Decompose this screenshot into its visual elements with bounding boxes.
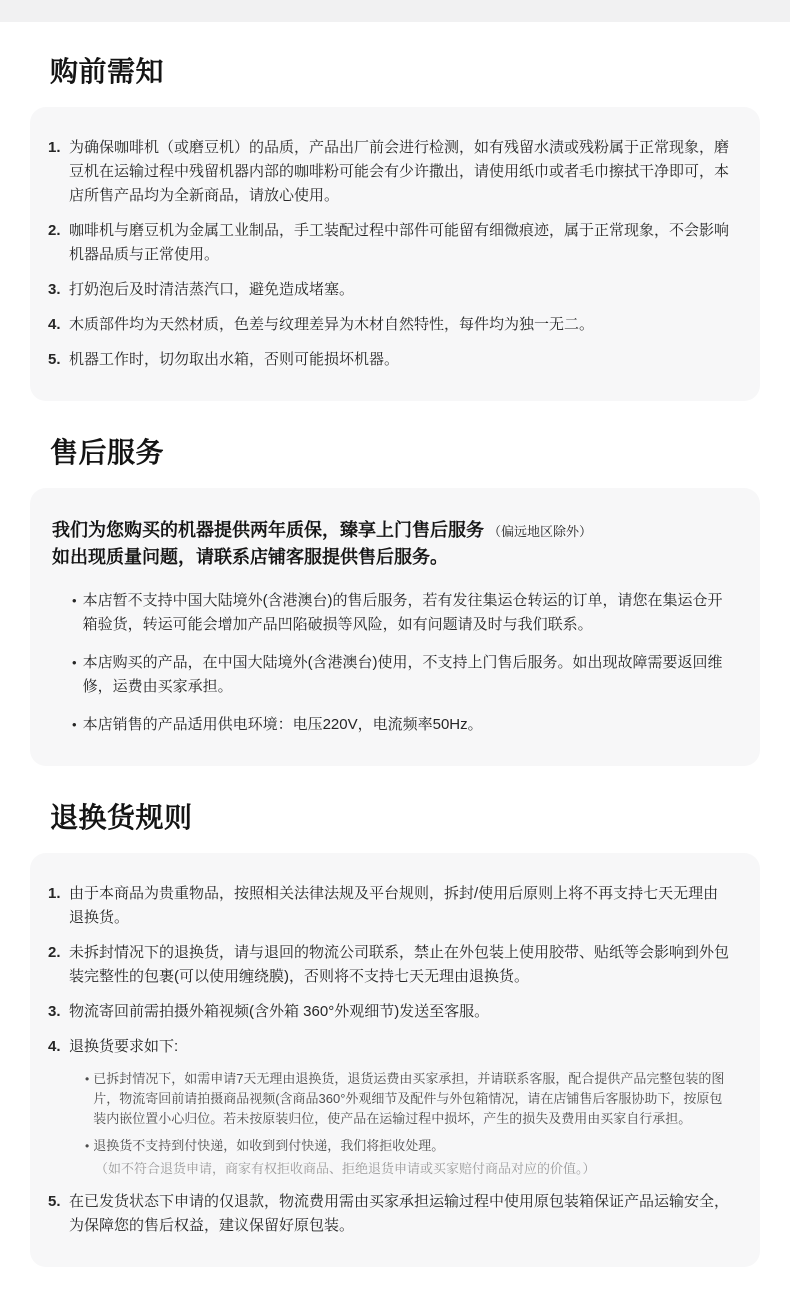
product-policy-page: 购前需知 1. 为确保咖啡机（或磨豆机）的品质，产品出厂前会进行检测，如有残留水… [0, 0, 790, 1307]
item-text: 退换货要求如下: [69, 1035, 178, 1059]
return-requirements-list: • 已拆封情况下，如需申请7天无理由退换货，退货运费由买家承担，并请联系客服，配… [85, 1069, 730, 1179]
item-number: 2. [48, 219, 65, 243]
item-text: 机器工作时，切勿取出水箱，否则可能损坏机器。 [69, 348, 399, 372]
item-text: 为确保咖啡机（或磨豆机）的品质，产品出厂前会进行检测，如有残留水渍或残粉属于正常… [69, 136, 730, 208]
section-prepurchase-notice: 购前需知 1. 为确保咖啡机（或磨豆机）的品质，产品出厂前会进行检测，如有残留水… [30, 56, 760, 401]
bullet-icon: • [72, 713, 77, 737]
return-rule-item: 3. 物流寄回前需拍摄外箱视频(含外箱 360°外观细节)发送至客服。 [48, 1000, 730, 1024]
bullet-item: • 本店暂不支持中国大陆境外(含港澳台)的售后服务，若有发往集运仓转运的订单，请… [72, 589, 730, 637]
item-number: 4. [48, 1035, 65, 1059]
item-text: 打奶泡后及时清洁蒸汽口，避免造成堵塞。 [69, 278, 354, 302]
return-rule-item: 4. 退换货要求如下: [48, 1035, 730, 1059]
bullet-text: 本店销售的产品适用供电环境：电压220V，电流频率50Hz。 [83, 713, 483, 737]
aftersales-title: 售后服务 [50, 437, 760, 469]
item-text: 木质部件均为天然材质，色差与纹理差异为木材自然特性，每件均为独一无二。 [69, 313, 594, 337]
notice-item: 2. 咖啡机与磨豆机为金属工业制品，手工装配过程中部件可能留有细微痕迹，属于正常… [48, 219, 730, 267]
warranty-note: （偏远地区除外） [488, 524, 592, 539]
bullet-text: 本店购买的产品，在中国大陆境外(含港澳台)使用，不支持上门售后服务。如出现故障需… [83, 651, 730, 699]
item-text: 未拆封情况下的退换货，请与退回的物流公司联系，禁止在外包装上使用胶带、贴纸等会影… [69, 941, 730, 989]
aftersales-bullet-list: • 本店暂不支持中国大陆境外(含港澳台)的售后服务，若有发往集运仓转运的订单，请… [72, 589, 730, 737]
sub-bullet-text: 已拆封情况下，如需申请7天无理由退换货，退货运费由买家承担，并请联系客服，配合提… [93, 1069, 730, 1129]
bullet-item: • 本店销售的产品适用供电环境：电压220V，电流频率50Hz。 [72, 713, 730, 737]
prepurchase-title: 购前需知 [50, 56, 760, 88]
notice-item: 1. 为确保咖啡机（或磨豆机）的品质，产品出厂前会进行检测，如有残留水渍或残粉属… [48, 136, 730, 208]
item-text: 在已发货状态下申请的仅退款，物流费用需由买家承担运输过程中使用原包装箱保证产品运… [69, 1190, 730, 1238]
aftersales-card: 我们为您购买的机器提供两年质保，臻享上门售后服务（偏远地区除外） 如出现质量问题… [30, 488, 760, 766]
bullet-text: 本店暂不支持中国大陆境外(含港澳台)的售后服务，若有发往集运仓转运的订单，请您在… [83, 589, 730, 637]
warranty-text: 我们为您购买的机器提供两年质保，臻享上门售后服务 [52, 520, 484, 540]
returns-title: 退换货规则 [50, 802, 760, 834]
sub-bullet-item: • 已拆封情况下，如需申请7天无理由退换货，退货运费由买家承担，并请联系客服，配… [85, 1069, 730, 1129]
page-content: 购前需知 1. 为确保咖啡机（或磨豆机）的品质，产品出厂前会进行检测，如有残留水… [0, 56, 790, 1307]
item-number: 2. [48, 941, 65, 965]
warranty-lead-line1: 我们为您购买的机器提供两年质保，臻享上门售后服务（偏远地区除外） [52, 517, 730, 544]
bullet-icon: • [85, 1136, 89, 1156]
return-rule-item-with-subs: 4. 退换货要求如下: • 已拆封情况下，如需申请7天无理由退换货，退货运费由买… [48, 1035, 730, 1179]
sub-bullet-text: 退换货不支持到付快递，如收到到付快递，我们将拒收处理。 [93, 1136, 444, 1156]
bullet-icon: • [72, 589, 77, 613]
sub-bullet-item: • 退换货不支持到付快递，如收到到付快递，我们将拒收处理。 [85, 1136, 730, 1156]
item-number: 3. [48, 1000, 65, 1024]
bullet-item: • 本店购买的产品，在中国大陆境外(含港澳台)使用，不支持上门售后服务。如出现故… [72, 651, 730, 699]
notice-item: 5. 机器工作时，切勿取出水箱，否则可能损坏机器。 [48, 348, 730, 372]
top-divider-strip [0, 0, 790, 22]
item-number: 5. [48, 348, 65, 372]
prepurchase-card: 1. 为确保咖啡机（或磨豆机）的品质，产品出厂前会进行检测，如有残留水渍或残粉属… [30, 107, 760, 401]
bullet-icon: • [85, 1069, 89, 1089]
return-rule-item: 1. 由于本商品为贵重物品，按照相关法律法规及平台规则，拆封/使用后原则上将不再… [48, 882, 730, 930]
notice-item: 3. 打奶泡后及时清洁蒸汽口，避免造成堵塞。 [48, 278, 730, 302]
warranty-lead: 我们为您购买的机器提供两年质保，臻享上门售后服务（偏远地区除外） 如出现质量问题… [52, 517, 730, 571]
section-return-policy: 退换货规则 1. 由于本商品为贵重物品，按照相关法律法规及平台规则，拆封/使用后… [30, 802, 760, 1267]
item-number: 1. [48, 882, 65, 906]
section-aftersales-service: 售后服务 我们为您购买的机器提供两年质保，臻享上门售后服务（偏远地区除外） 如出… [30, 437, 760, 766]
item-text: 物流寄回前需拍摄外箱视频(含外箱 360°外观细节)发送至客服。 [69, 1000, 489, 1024]
return-rule-item: 2. 未拆封情况下的退换货，请与退回的物流公司联系，禁止在外包装上使用胶带、贴纸… [48, 941, 730, 989]
returns-card: 1. 由于本商品为贵重物品，按照相关法律法规及平台规则，拆封/使用后原则上将不再… [30, 853, 760, 1267]
notice-item: 4. 木质部件均为天然材质，色差与纹理差异为木材自然特性，每件均为独一无二。 [48, 313, 730, 337]
item-number: 5. [48, 1190, 65, 1214]
item-number: 1. [48, 136, 65, 160]
return-rule-item: 5. 在已发货状态下申请的仅退款，物流费用需由买家承担运输过程中使用原包装箱保证… [48, 1190, 730, 1238]
item-text: 由于本商品为贵重物品，按照相关法律法规及平台规则，拆封/使用后原则上将不再支持七… [69, 882, 730, 930]
return-refusal-note: （如不符合退货申请，商家有权拒收商品、拒绝退货申请或买家赔付商品对应的价值。） [95, 1159, 730, 1179]
item-number: 3. [48, 278, 65, 302]
item-text: 咖啡机与磨豆机为金属工业制品，手工装配过程中部件可能留有细微痕迹，属于正常现象，… [69, 219, 730, 267]
item-number: 4. [48, 313, 65, 337]
bullet-icon: • [72, 651, 77, 675]
warranty-lead-line2: 如出现质量问题，请联系店铺客服提供售后服务。 [52, 544, 730, 571]
